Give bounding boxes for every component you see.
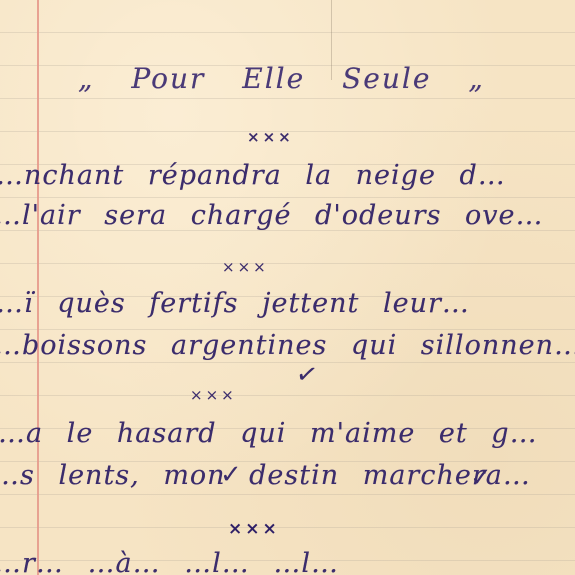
section-separator: ××× [247, 128, 294, 146]
handwritten-line: …r… …à… …l… …l… [0, 548, 339, 575]
manuscript-title: „ Pour Elle Seule „ [78, 62, 485, 95]
handwritten-line: …boissons argentines qui sillonnen… [0, 330, 575, 361]
handwritten-line: …a le hasard qui m'aime et g… [0, 418, 538, 449]
manuscript-page: „ Pour Elle Seule „ ××× …nchant répandra… [0, 0, 575, 575]
section-separator: ××× [222, 258, 269, 276]
handwritten-line: …ï quès fertifs jettent leur… [0, 288, 470, 319]
correction-check-mark-icon: ✓ [294, 358, 321, 391]
correction-check-mark-icon: ✓ [220, 460, 242, 490]
section-separator: ××× [190, 386, 237, 404]
handwritten-line: …nchant répandra la neige d… [0, 160, 506, 191]
handwritten-line: …l'air sera chargé d'odeurs ove… [0, 200, 544, 231]
correction-check-mark-icon: ✓ [470, 463, 492, 493]
handwritten-line: …s lents, mon destin marchera… [0, 460, 531, 491]
section-separator: ××× [228, 519, 280, 539]
